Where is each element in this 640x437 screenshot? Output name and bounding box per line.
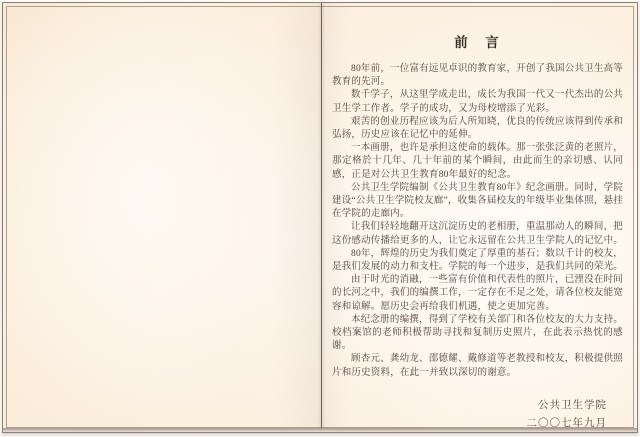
preface-body: 80年前，一位富有远见卓识的教育家，开创了我国公共卫生高等教育的先河。 数千学子… [332, 63, 623, 380]
preface-paragraph: 数千学子，从这里学成走出，成长为我国一代又一代杰出的公共卫生学工作者。学子的成功… [332, 89, 623, 115]
blank-left-page [3, 3, 321, 432]
preface-paragraph: 一本画册，也许是承担这使命的载体。那一张张泛黄的老照片，那定格於十几年、几十年前… [332, 142, 623, 182]
preface-paragraph: 80年前，一位富有远见卓识的教育家，开创了我国公共卫生高等教育的先河。 [332, 63, 623, 89]
book-bottom-edge [3, 428, 637, 432]
preface-paragraph: 由于时光的消融，一些富有价值和代表性的照片，已湮没在时间的长河之中，我们的编撰工… [332, 274, 623, 314]
book-spread: 前 言 80年前，一位富有远见卓识的教育家，开创了我国公共卫生高等教育的先河。 … [2, 2, 638, 433]
preface-paragraph: 顾杏元、龚幼龙、邵德耀、戴修道等老教授和校友，积极提供照片和历史资料，在此一并致… [332, 353, 623, 379]
preface-paragraph: 艰苦的创业历程应该为后人所知晓，优良的传统应该得到传承和弘扬，历史应该在记忆中的… [332, 116, 623, 142]
preface-paragraph: 让我们轻轻地翻开这沉淀历史的老相册，重温那动人的瞬间，把这份感动传播给更多的人，… [332, 221, 623, 247]
preface-paragraph: 本纪念册的编撰，得到了学校有关部门和各位校友的大力支持。校档案馆的老师积极帮助寻… [332, 314, 623, 354]
preface-paragraph: 80年，辉煌的历史为我们奠定了厚重的基石；数以千计的校友，是我们发展的动力和支柱… [332, 248, 623, 274]
book-gutter-line [321, 3, 322, 432]
preface-paragraph: 公共卫生学院编制《公共卫生教育80年》纪念画册。同时，学院建设“公共卫生学院校友… [332, 182, 623, 222]
signature-org: 公共卫生学院 [332, 397, 607, 416]
preface-title: 前 言 [332, 31, 623, 51]
preface-content: 前 言 80年前，一位富有远见卓识的教育家，开创了我国公共卫生高等教育的先河。 … [332, 3, 623, 432]
